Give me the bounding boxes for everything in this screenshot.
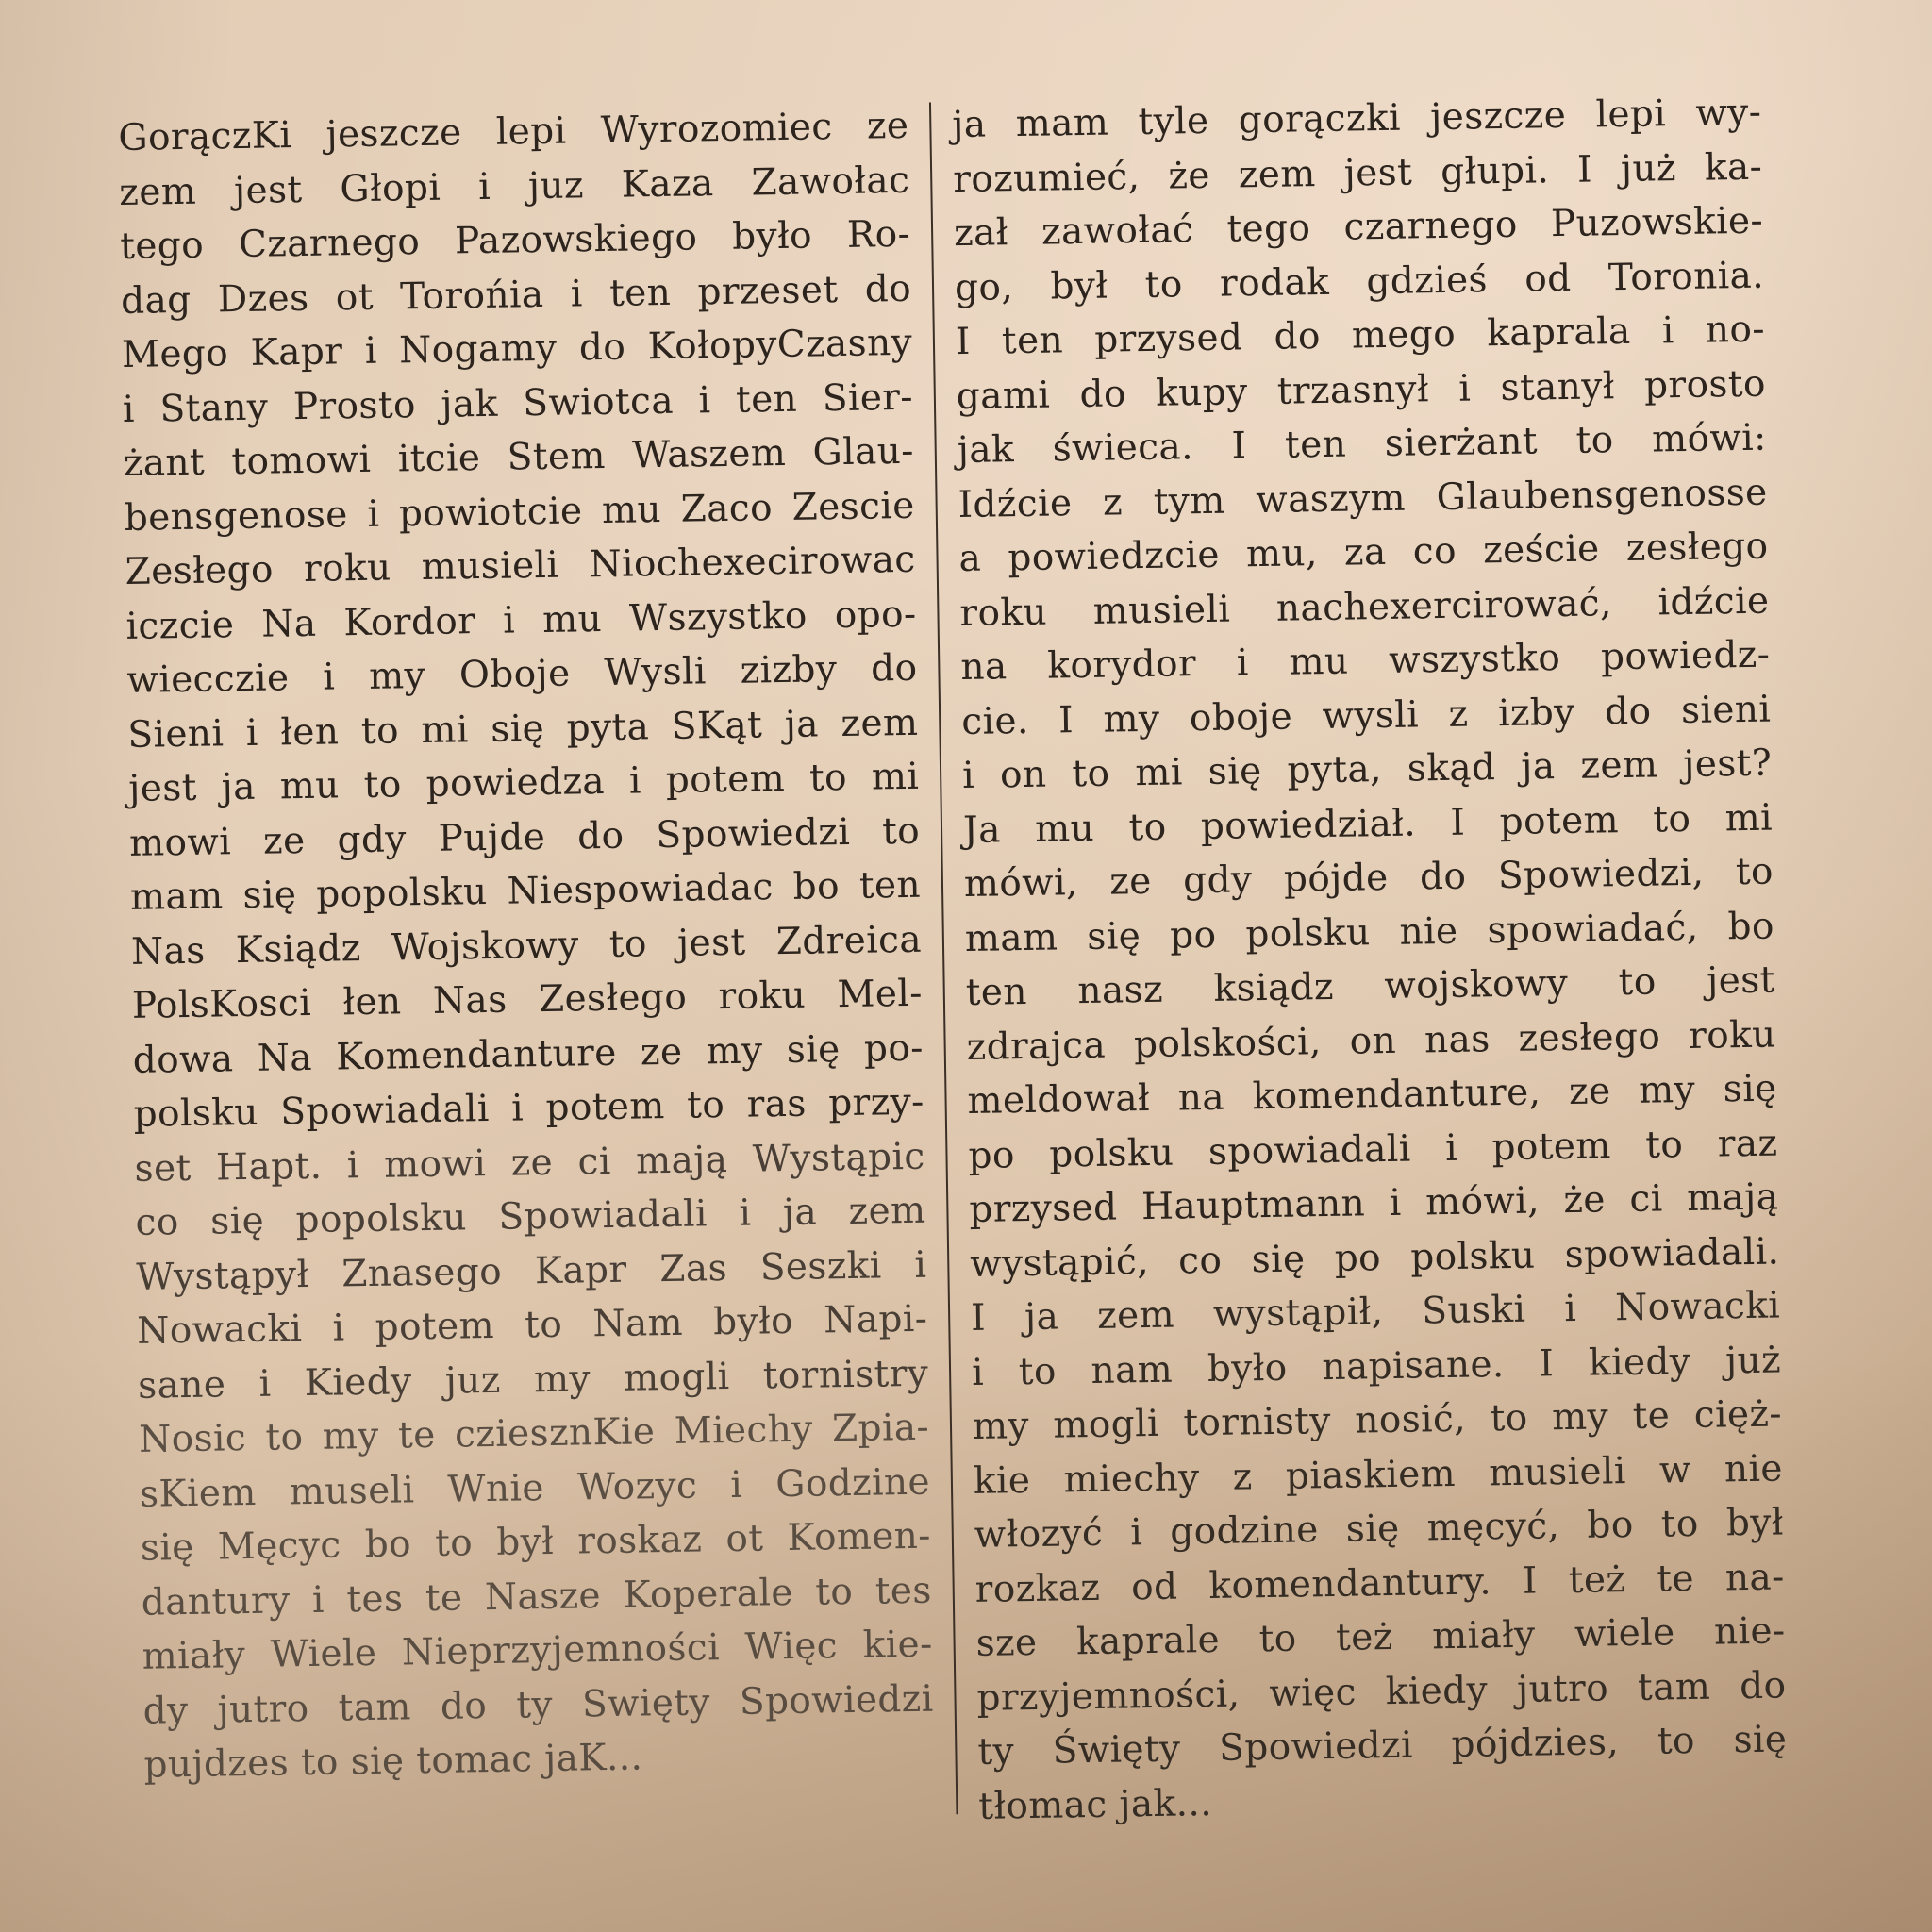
two-column-text-spread: GorączKi jeszcze lepi Wyrozomiec ze zem … xyxy=(118,85,1815,1847)
text-line: pujdzes to się tomac jaK... xyxy=(143,1726,935,1793)
right-column-transcription: ja mam tyle gorączki jeszcze lepi wy- ro… xyxy=(931,86,1789,1835)
left-column-original-text: GorączKi jeszcze lepi Wyrozomiec ze zem … xyxy=(118,98,957,1846)
